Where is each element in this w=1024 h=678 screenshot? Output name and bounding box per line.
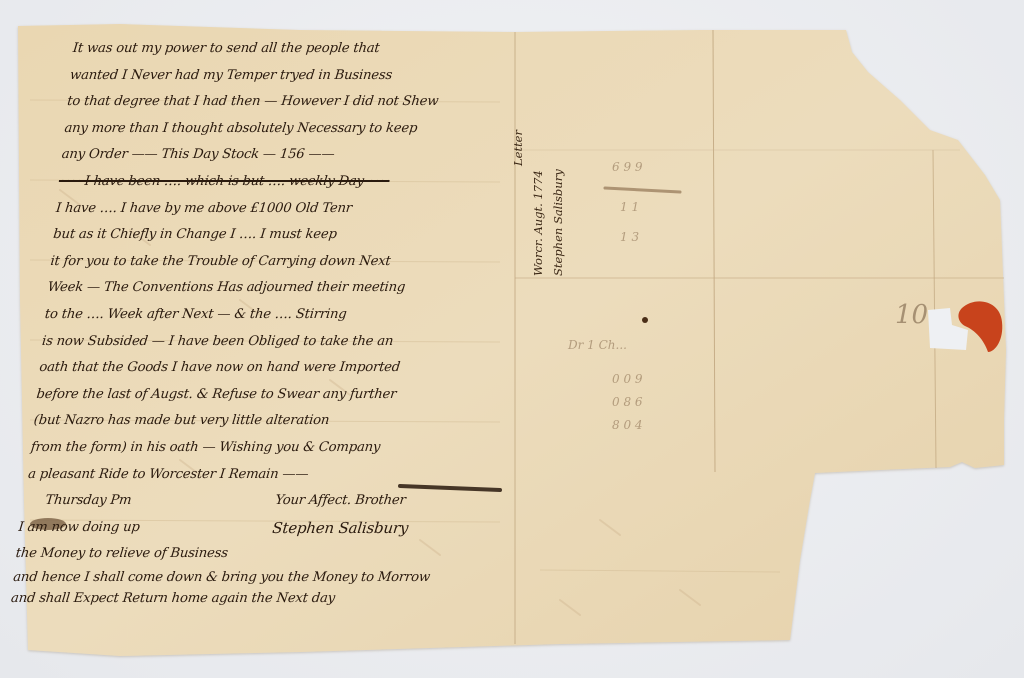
verso-figure: 6 9 9 (612, 160, 643, 174)
postscript-line: the Money to relieve of Business (14, 541, 491, 568)
letter-line: (but Nazro has made but very little alte… (32, 408, 505, 435)
letter-line: but as it Chiefly in Change I …. I must … (52, 222, 525, 249)
valediction: Your Affect. Brother (274, 488, 407, 515)
letter-line: Week — The Conventions Has adjourned the… (46, 275, 519, 302)
docket-endorsement: Worcr. Augt. 1774 Stephen Salisbury Lett… (528, 76, 598, 276)
verso-large-number: 10 (895, 300, 928, 330)
verso-figure: Dr 1 Ch... (568, 338, 627, 352)
letter-line: from the form) in his oath — Wishing you… (29, 435, 502, 462)
postscript-line: and shall Expect Return home again the N… (10, 588, 486, 610)
letter-line: it for you to take the Trouble of Carryi… (49, 249, 522, 276)
letter-body: It was out my power to send all the peop… (14, 36, 544, 610)
postscript-line: I am now doing up (18, 520, 141, 535)
docket-line: Stephen Salisbury (548, 76, 568, 276)
closing-row: Thursday Pm Your Affect. Brother (24, 488, 497, 515)
letter-line: any Order —— This Day Stock — 156 —— (60, 142, 533, 169)
signature-row: I am now doing up Stephen Salisbury (21, 515, 494, 542)
letter-line: I have …. I have by me above £1000 Old T… (55, 196, 528, 223)
verso-figure: 8 0 4 (612, 418, 643, 432)
verso-figure: 0 0 9 (612, 372, 643, 386)
letter-line: to that degree that I had then — However… (66, 89, 539, 116)
letter-line: to the …. Week after Next — & the …. Sti… (43, 302, 516, 329)
letter-line: It was out my power to send all the peop… (71, 36, 544, 63)
postscript-line: and hence I shall come down & bring you … (12, 568, 488, 588)
verso-figure: 1 3 (620, 230, 639, 244)
letter-line: any more than I thought absolutely Neces… (63, 116, 536, 143)
verso-figure: 0 8 6 (612, 395, 643, 409)
letter-line: before the last of Augst. & Refuse to Sw… (35, 382, 508, 409)
verso-figure: 1 1 (620, 200, 639, 214)
letter-line: oath that the Goods I have now on hand w… (38, 355, 511, 382)
letter-line: wanted I Never had my Temper tryed in Bu… (69, 63, 542, 90)
letter-line: a pleasant Ride to Worcester I Remain —— (27, 462, 500, 489)
letter-line-struck: ~~ I have been …. which is but …. weekly… (57, 169, 530, 196)
letter-line: is now Subsided — I have been Obliged to… (41, 329, 514, 356)
docket-line: Worcr. Augt. 1774 (528, 76, 548, 276)
closing-day: Thursday Pm (44, 488, 133, 515)
docket-line: Letter (508, 76, 528, 166)
signature: Stephen Salisbury (271, 515, 410, 542)
